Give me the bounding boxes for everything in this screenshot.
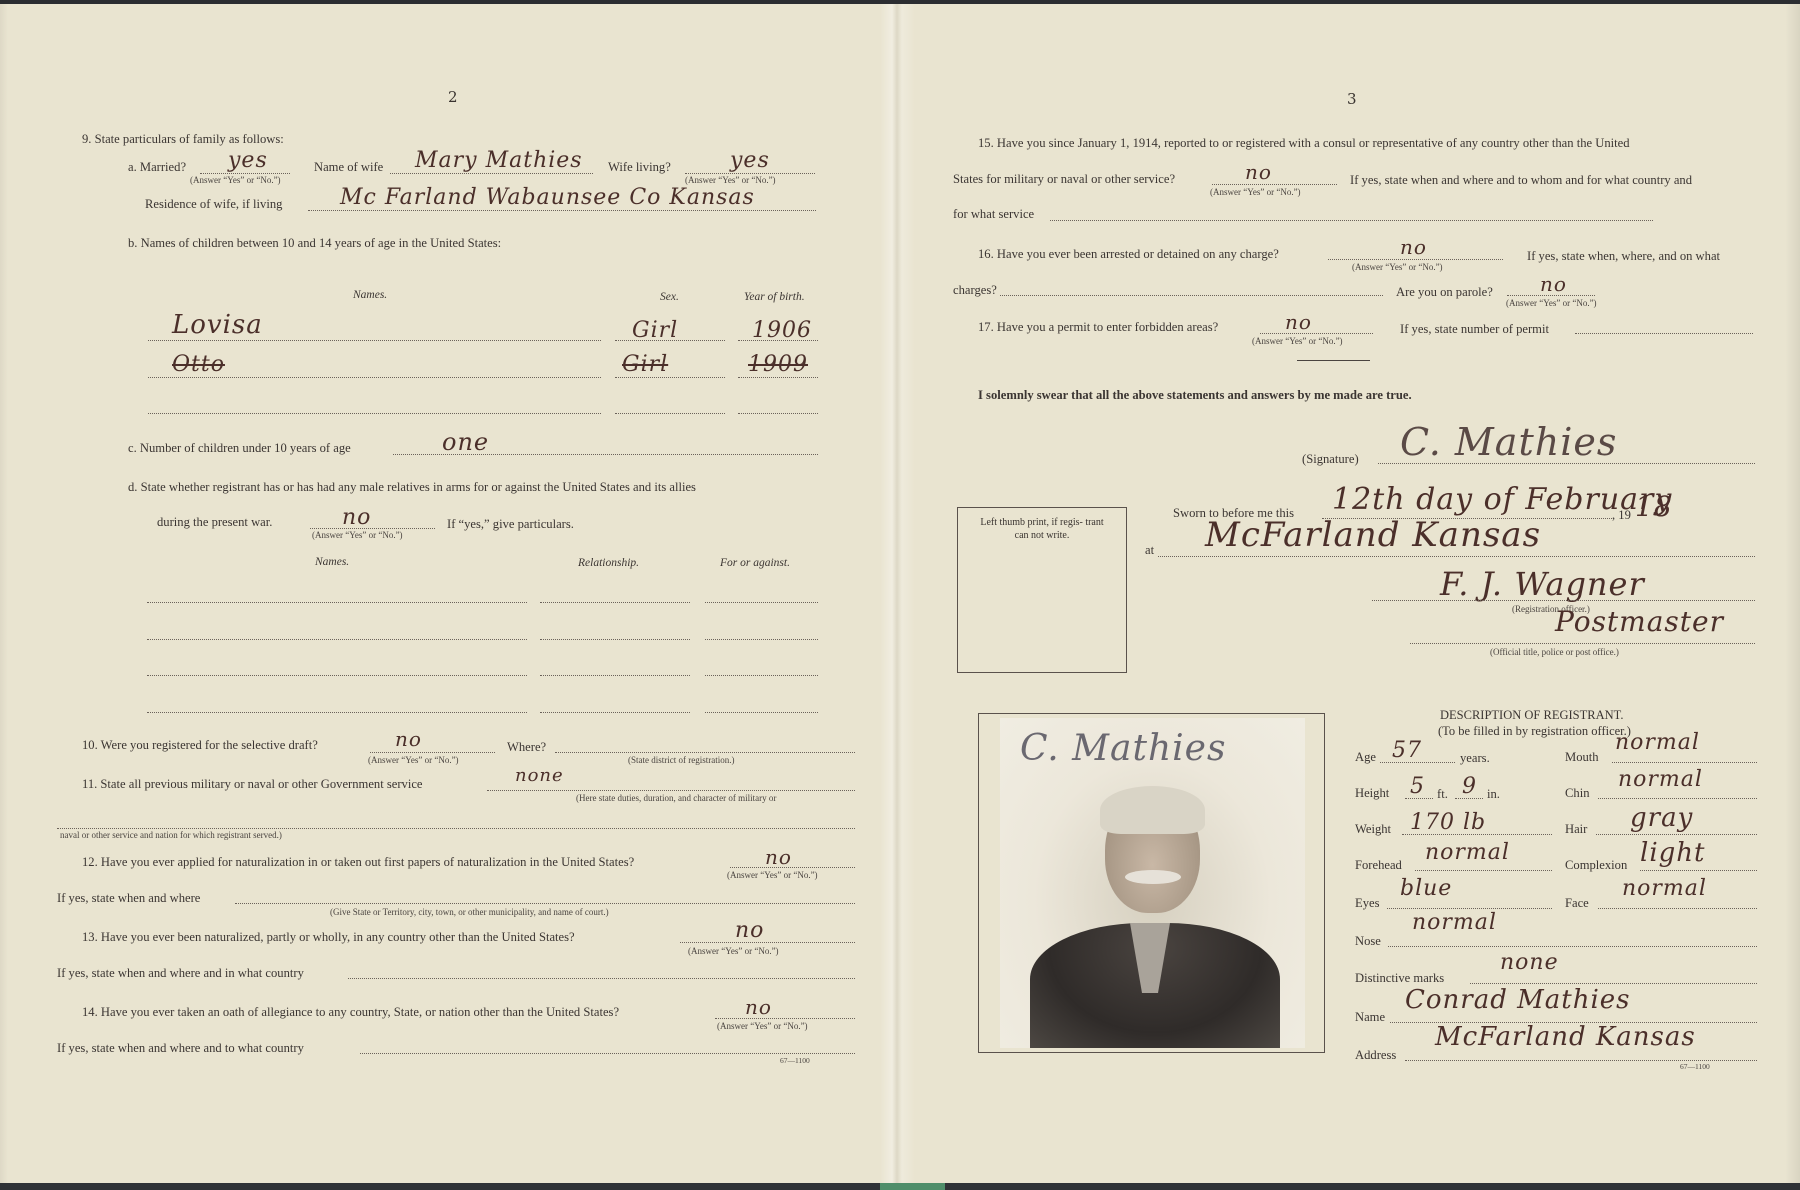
q12-value: no	[765, 845, 792, 869]
address-label: Address	[1355, 1048, 1396, 1063]
answer-hint: (Answer “Yes” or “No.”)	[1210, 187, 1301, 197]
face-value: normal	[1622, 876, 1707, 901]
residence-label: Residence of wife, if living	[145, 197, 282, 212]
answer-hint: (Answer “Yes” or “No.”)	[1506, 298, 1597, 308]
q11-hint1: (Here state duties, duration, and charac…	[576, 793, 776, 803]
chin-label: Chin	[1565, 786, 1590, 801]
answer-hint: (Answer “Yes” or “No.”)	[685, 175, 776, 185]
q16-parole-label: Are you on parole?	[1396, 285, 1493, 300]
header-for-against: For or against.	[720, 557, 790, 569]
age-label: Age	[1355, 750, 1376, 765]
relatives-line2: during the present war.	[157, 515, 272, 530]
weight-label: Weight	[1355, 822, 1391, 837]
q14-label: 14. Have you ever taken an oath of alleg…	[82, 1005, 619, 1020]
form-code: 67—1100	[780, 1056, 810, 1065]
nose-value: normal	[1412, 910, 1497, 935]
married-label: a. Married?	[128, 160, 186, 175]
answer-hint: (Answer “Yes” or “No.”)	[1252, 336, 1343, 346]
title-value: Postmaster	[1555, 605, 1724, 638]
document-spread: 2 9. State particulars of family as foll…	[0, 0, 1800, 1183]
chin-value: normal	[1618, 767, 1703, 792]
marks-label: Distinctive marks	[1355, 971, 1444, 986]
answer-hint: (Answer “Yes” or “No.”)	[190, 175, 281, 185]
green-tab	[880, 1183, 945, 1190]
answer-hint: (Answer “Yes” or “No.”)	[688, 946, 779, 956]
header-year: Year of birth.	[744, 291, 805, 303]
forehead-label: Forehead	[1355, 858, 1402, 873]
thumb-print-label: Left thumb print, if regis- trant can no…	[974, 516, 1110, 542]
q15-value: no	[1245, 160, 1272, 184]
child-year-struck: 1909	[748, 352, 808, 377]
photo-hair	[1100, 786, 1205, 834]
wife-name-value: Mary Mathies	[415, 148, 583, 173]
name-label: Name	[1355, 1010, 1385, 1025]
q16-after: If yes, state when, where, and on what	[1527, 249, 1720, 264]
relatives-label: d. State whether registrant has or has h…	[128, 480, 696, 495]
header-relationship: Relationship.	[578, 557, 639, 569]
in-label: in.	[1487, 787, 1500, 802]
registrant-photo: C. Mathies	[1000, 718, 1305, 1048]
header-sex: Sex.	[660, 291, 679, 303]
children-label: b. Names of children between 10 and 14 y…	[128, 236, 501, 251]
header-names: Names.	[353, 289, 387, 301]
answer-hint: (Answer “Yes” or “No.”)	[1352, 262, 1443, 272]
thumb-print-box: Left thumb print, if regis- trant can no…	[957, 507, 1127, 673]
residence-value: Mc Farland Wabaunsee Co Kansas	[340, 185, 755, 210]
q10-where-label: Where?	[507, 740, 546, 755]
signature-value: C. Mathies	[1400, 420, 1617, 464]
q14-followup: If yes, state when and where and to what…	[57, 1041, 304, 1056]
q10-where-hint: (State district of registration.)	[628, 755, 734, 765]
complexion-label: Complexion	[1565, 858, 1627, 873]
q15-line1: 15. Have you since January 1, 1914, repo…	[978, 136, 1630, 151]
sworn-year-prefix: , 19	[1612, 508, 1631, 523]
q15-line3: for what service	[953, 207, 1034, 222]
height-label: Height	[1355, 786, 1389, 801]
q12-followup-hint: (Give State or Territory, city, town, or…	[330, 907, 609, 917]
face-label: Face	[1565, 896, 1589, 911]
q12-label: 12. Have you ever applied for naturaliza…	[82, 855, 634, 870]
wife-living-value: yes	[730, 148, 770, 173]
q17-label: 17. Have you a permit to enter forbidden…	[978, 320, 1218, 335]
height-ft: 5	[1410, 774, 1425, 799]
q10-value: no	[395, 727, 422, 751]
left-page: 2 9. State particulars of family as foll…	[0, 0, 895, 1183]
officer-value: F. J. Wagner	[1440, 565, 1645, 603]
age-value: 57	[1392, 738, 1422, 763]
name-value: Conrad Mathies	[1405, 985, 1631, 1015]
child-name: Lovisa	[172, 310, 263, 340]
q16-label: 16. Have you ever been arrested or detai…	[978, 247, 1279, 262]
child-sex-struck: Girl	[622, 352, 668, 377]
q15-after: If yes, state when and where and to whom…	[1350, 173, 1692, 188]
eyes-label: Eyes	[1355, 896, 1379, 911]
age-unit: years.	[1460, 751, 1490, 766]
child-year: 1906	[752, 318, 812, 343]
children-under-10-label: c. Number of children under 10 years of …	[128, 441, 351, 456]
q9-label: 9. State particulars of family as follow…	[82, 132, 284, 147]
q13-label: 13. Have you ever been naturalized, part…	[82, 930, 575, 945]
q16-line2: charges?	[953, 283, 997, 298]
ft-label: ft.	[1437, 787, 1448, 802]
page-number: 2	[448, 88, 458, 106]
relatives-after: If “yes,” give particulars.	[447, 517, 574, 532]
q17-value: no	[1285, 310, 1312, 334]
wife-living-label: Wife living?	[608, 160, 671, 175]
q16-parole-value: no	[1540, 272, 1567, 296]
marks-value: none	[1500, 950, 1559, 975]
at-label: at	[1145, 543, 1154, 558]
answer-hint: (Answer “Yes” or “No.”)	[312, 530, 403, 540]
relatives-value: no	[342, 505, 371, 530]
height-in: 9	[1462, 774, 1477, 799]
child-sex: Girl	[632, 318, 678, 343]
oath: I solemnly swear that all the above stat…	[978, 388, 1412, 403]
description-subtitle: (To be filled in by registration officer…	[1438, 724, 1631, 739]
photo-mustache	[1125, 870, 1181, 884]
wife-name-label: Name of wife	[314, 160, 383, 175]
q11-label: 11. State all previous military or naval…	[82, 777, 423, 792]
q17-after: If yes, state number of permit	[1400, 322, 1549, 337]
married-value: yes	[228, 148, 268, 173]
description-title: DESCRIPTION OF REGISTRANT.	[1440, 708, 1623, 723]
at-value: McFarland Kansas	[1205, 515, 1541, 555]
q13-value: no	[735, 918, 764, 943]
q10-label: 10. Were you registered for the selectiv…	[82, 738, 318, 753]
q16-value: no	[1400, 235, 1427, 259]
hair-label: Hair	[1565, 822, 1587, 837]
page-number: 3	[1347, 90, 1357, 108]
header-names: Names.	[315, 556, 349, 568]
mouth-label: Mouth	[1565, 750, 1599, 765]
q11-value: none	[515, 765, 564, 786]
divider	[1297, 360, 1370, 361]
sworn-year: 18	[1635, 490, 1673, 523]
eyes-value: blue	[1400, 876, 1452, 901]
q13-followup: If yes, state when and where and in what…	[57, 966, 304, 981]
address-value: McFarland Kansas	[1435, 1022, 1696, 1052]
answer-hint: (Answer “Yes” or “No.”)	[368, 755, 459, 765]
q14-value: no	[745, 995, 772, 1019]
children-under-10-value: one	[442, 428, 489, 456]
q15-line2: States for military or naval or other se…	[953, 172, 1175, 187]
complexion-value: light	[1640, 838, 1705, 868]
photo-caption: C. Mathies	[1020, 728, 1226, 769]
answer-hint: (Answer “Yes” or “No.”)	[717, 1021, 808, 1031]
title-hint: (Official title, police or post office.)	[1490, 647, 1619, 657]
answer-hint: (Answer “Yes” or “No.”)	[727, 870, 818, 880]
hair-value: gray	[1630, 803, 1693, 833]
form-code: 67—1100	[1680, 1062, 1710, 1071]
signature-label: (Signature)	[1302, 452, 1359, 467]
mouth-value: normal	[1615, 730, 1700, 755]
q12-followup: If yes, state when and where	[57, 891, 200, 906]
child-name-struck: Otto	[172, 352, 225, 377]
weight-value: 170 lb	[1410, 810, 1486, 835]
q11-hint2: naval or other service and nation for wh…	[60, 830, 282, 840]
forehead-value: normal	[1425, 840, 1510, 865]
nose-label: Nose	[1355, 934, 1381, 949]
